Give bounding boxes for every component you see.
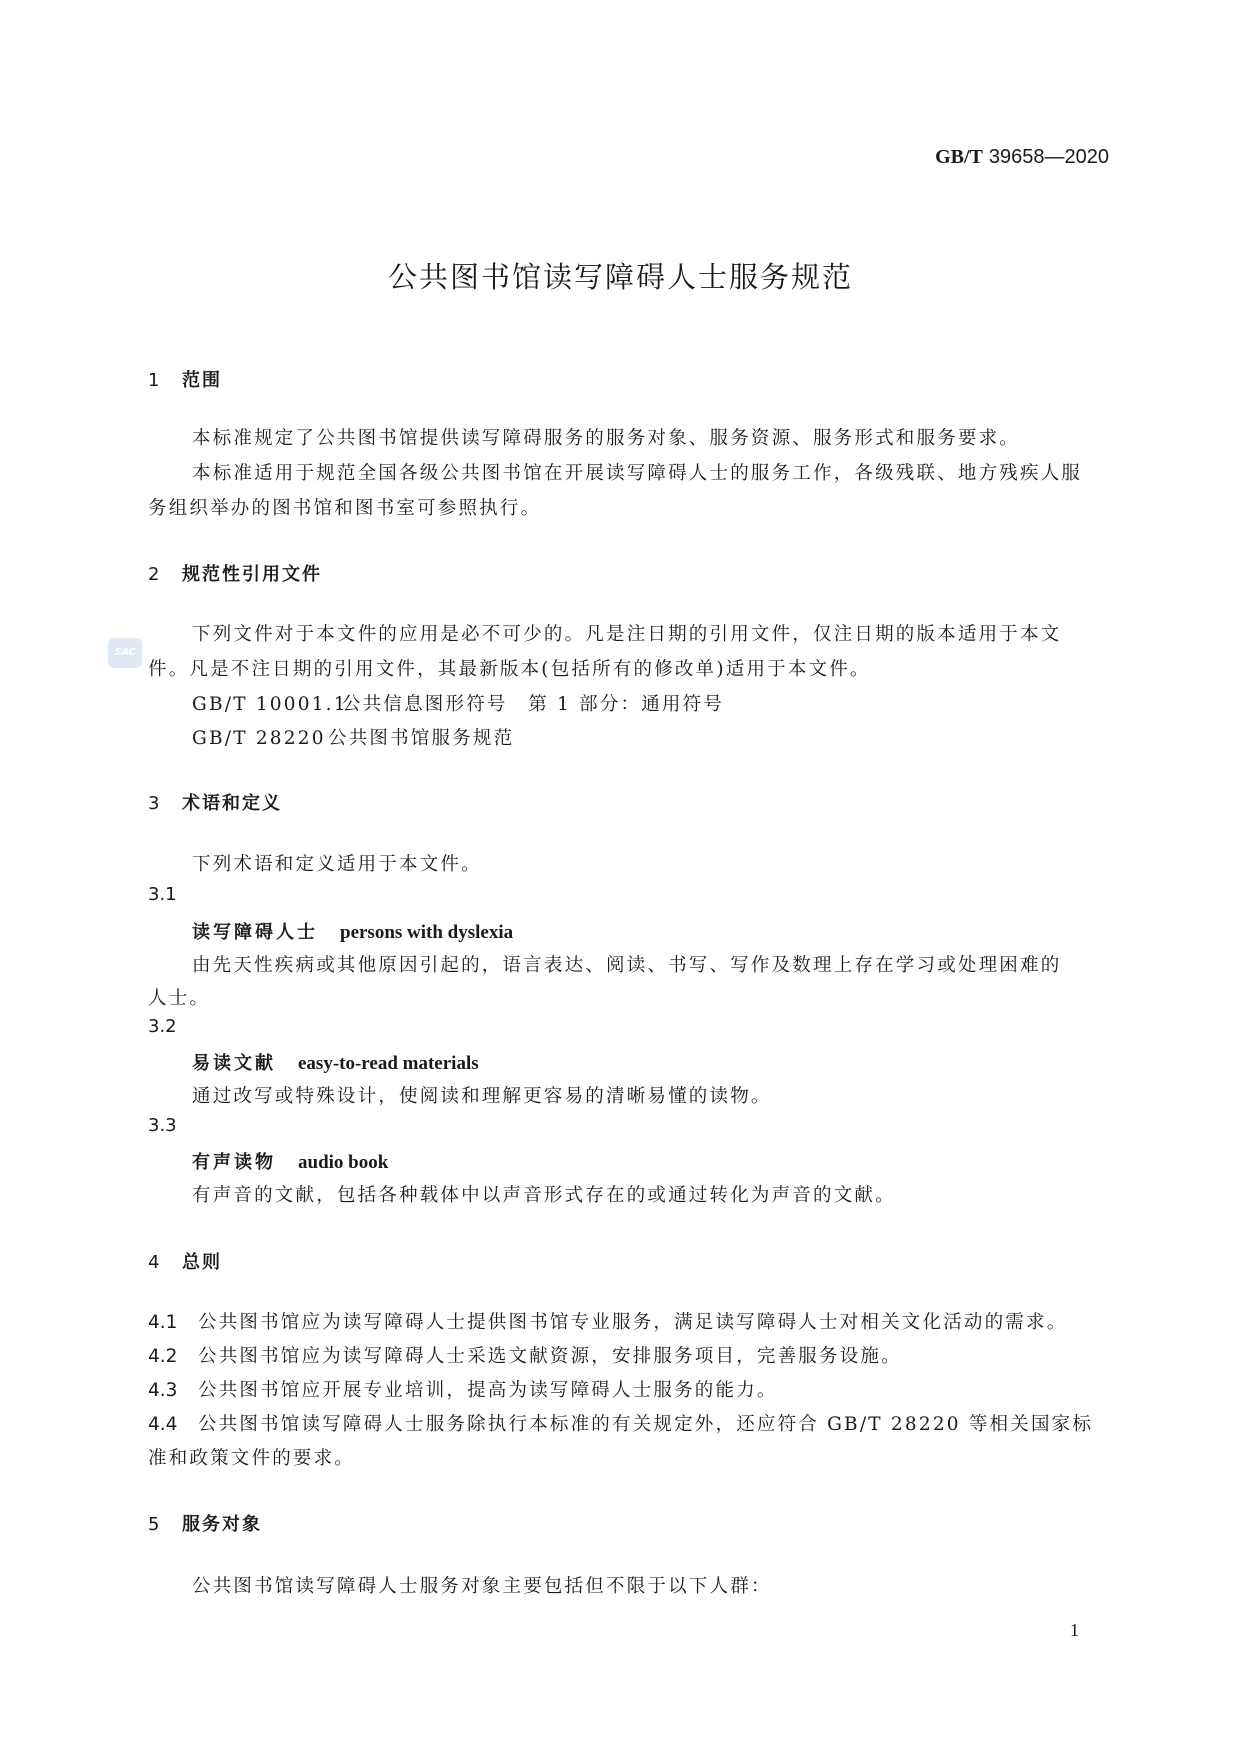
document-page: GB/T39658—2020 公共图书馆读写障碍人士服务规范 1范围 本标准规定…	[0, 0, 1241, 1754]
term-definition: 有声音的文献，包括各种载体中以声音形式存在的或通过转化为声音的文献。	[192, 1181, 896, 1207]
section-heading-4: 4总则	[148, 1248, 222, 1274]
term-zh: 读写障碍人士	[192, 922, 318, 943]
term-definition-continuation: 人士。	[148, 984, 210, 1010]
paragraph: 下列术语和定义适用于本文件。	[192, 850, 482, 876]
paragraph: 下列文件对于本文件的应用是必不可少的。凡是注日期的引用文件，仅注日期的版本适用于…	[192, 620, 1061, 646]
term-heading: 易读文献easy-to-read materials	[192, 1049, 479, 1075]
section-heading-2: 2规范性引用文件	[148, 560, 322, 586]
paragraph-continuation: 务组织举办的图书馆和图书室可参照执行。	[148, 494, 541, 520]
term-number: 3.1	[148, 884, 177, 905]
term-en: audio book	[298, 1152, 388, 1173]
sac-watermark-icon: SAC	[108, 638, 142, 668]
term-en: persons with dyslexia	[340, 922, 513, 943]
paragraph: 公共图书馆读写障碍人士服务对象主要包括但不限于以下人群：	[192, 1572, 772, 1598]
reference-code: GB/T 28220	[192, 728, 328, 749]
term-zh: 易读文献	[192, 1053, 276, 1074]
clause-4-4: 4.4公共图书馆读写障碍人士服务除执行本标准的有关规定外，还应符合 GB/T 2…	[148, 1410, 1093, 1436]
term-heading: 有声读物audio book	[192, 1148, 388, 1174]
standard-code: GB/T39658—2020	[935, 146, 1109, 169]
reference-item: GB/T 10001.1公共信息图形符号 第 1 部分：通用符号	[192, 690, 724, 716]
standard-prefix: GB/T	[935, 146, 983, 168]
page-number: 1	[1070, 1620, 1079, 1641]
reference-item: GB/T 28220公共图书馆服务规范	[192, 724, 514, 750]
term-definition: 通过改写或特殊设计，使阅读和理解更容易的清晰易懂的读物。	[192, 1082, 772, 1108]
term-number: 3.3	[148, 1115, 177, 1136]
reference-code: GB/T 10001.1	[192, 694, 342, 715]
section-heading-1: 1范围	[148, 366, 222, 392]
document-title: 公共图书馆读写障碍人士服务规范	[0, 255, 1241, 296]
clause-4-4-continuation: 准和政策文件的要求。	[148, 1444, 355, 1470]
section-heading-3: 3术语和定义	[148, 789, 282, 815]
clause-4-1: 4.1公共图书馆应为读写障碍人士提供图书馆专业服务，满足读写障碍人士对相关文化活…	[148, 1308, 1067, 1334]
paragraph-continuation: 件。凡是不注日期的引用文件，其最新版本(包括所有的修改单)适用于本文件。	[148, 655, 871, 681]
term-zh: 有声读物	[192, 1152, 276, 1173]
reference-title: 公共图书馆服务规范	[328, 728, 514, 749]
term-heading: 读写障碍人士persons with dyslexia	[192, 918, 513, 944]
standard-number: 39658—2020	[989, 146, 1109, 168]
term-definition: 由先天性疾病或其他原因引起的，语言表达、阅读、书写、写作及数理上存在学习或处理困…	[192, 951, 1061, 977]
paragraph: 本标准适用于规范全国各级公共图书馆在开展读写障碍人士的服务工作，各级残联、地方残…	[192, 459, 1082, 485]
reference-title: 公共信息图形符号 第 1 部分：通用符号	[342, 694, 724, 715]
clause-4-3: 4.3公共图书馆应开展专业培训，提高为读写障碍人士服务的能力。	[148, 1376, 778, 1402]
paragraph: 本标准规定了公共图书馆提供读写障碍服务的服务对象、服务资源、服务形式和服务要求。	[192, 424, 1020, 450]
section-heading-5: 5服务对象	[148, 1510, 262, 1536]
term-en: easy-to-read materials	[298, 1053, 479, 1074]
clause-4-2: 4.2公共图书馆应为读写障碍人士采选文献资源，安排服务项目，完善服务设施。	[148, 1342, 902, 1368]
term-number: 3.2	[148, 1016, 177, 1037]
